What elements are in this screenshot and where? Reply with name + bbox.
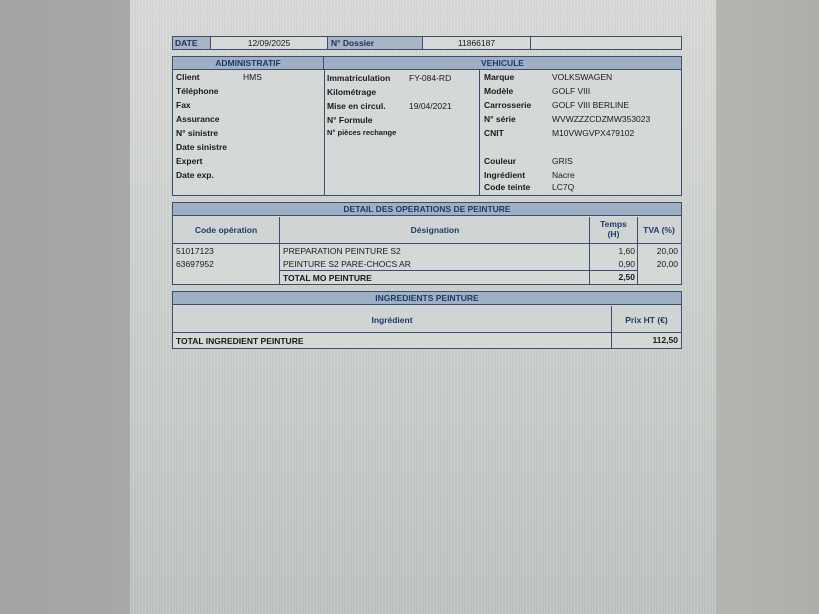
operation-temps: 1,60: [592, 246, 635, 256]
operation-designation: PREPARATION PEINTURE S2: [283, 246, 401, 256]
col-ingredient: Ingrédient: [173, 315, 611, 325]
telephone-label: Téléphone: [176, 86, 219, 96]
col-tva: TVA (%): [637, 225, 681, 235]
operation-code: 63697952: [176, 259, 214, 269]
operation-designation: PEINTURE S2 PARE-CHOCS AR: [283, 259, 411, 269]
col-temps-line2: (H): [590, 229, 637, 239]
expert-label: Expert: [176, 156, 202, 166]
marque-label: Marque: [484, 72, 514, 82]
couleur-value: GRIS: [552, 156, 573, 166]
vehicle-divider: [479, 70, 480, 195]
modele-label: Modèle: [484, 86, 513, 96]
client-label: Client: [176, 72, 200, 82]
date-value: 12/09/2025: [211, 37, 328, 49]
cnit-label: CNIT: [484, 128, 504, 138]
operations-total-label: TOTAL MO PEINTURE: [283, 273, 372, 283]
ingredients-header: INGREDIENTS PEINTURE: [173, 292, 681, 305]
col-temps-line1: Temps: [590, 219, 637, 229]
background-right: [716, 0, 819, 614]
client-value: HMS: [243, 72, 262, 82]
assurance-label: Assurance: [176, 114, 219, 124]
carrosserie-value: GOLF VIII BERLINE: [552, 100, 629, 110]
immatriculation-label: Immatriculation: [327, 73, 390, 83]
sinistre-number-label: N° sinistre: [176, 128, 218, 138]
operation-tva: 20,00: [640, 259, 678, 269]
date-label: DATE: [173, 37, 211, 49]
code-teinte-value: LC7Q: [552, 182, 574, 192]
mise-en-circulation-value: 19/04/2021: [409, 101, 452, 111]
kilometrage-label: Kilométrage: [327, 87, 376, 97]
ops-divider-2: [589, 217, 590, 284]
carrosserie-label: Carrosserie: [484, 100, 531, 110]
vehicule-header: VEHICULE: [324, 57, 681, 70]
col-code-operation: Code opération: [173, 225, 279, 235]
col-designation: Désignation: [280, 225, 590, 235]
background-left: [0, 0, 130, 614]
ops-divider-1: [279, 217, 280, 284]
operations-total-temps: 2,50: [592, 272, 635, 282]
code-teinte-label: Code teinte: [484, 182, 530, 192]
ops-total-line: [280, 270, 638, 271]
formule-label: N° Formule: [327, 115, 372, 125]
operation-temps: 0,90: [592, 259, 635, 269]
ingredient-label: Ingrédient: [484, 170, 525, 180]
expertise-date-label: Date exp.: [176, 170, 214, 180]
operation-code: 51017123: [176, 246, 214, 256]
marque-value: VOLKSWAGEN: [552, 72, 612, 82]
admin-divider: [324, 70, 325, 195]
immatriculation-value: FY-084-RD: [409, 73, 451, 83]
sinistre-date-label: Date sinistre: [176, 142, 227, 152]
serie-value: WVWZZZCDZMW353023: [552, 114, 650, 124]
dossier-label: N° Dossier: [328, 37, 423, 49]
serie-label: N° série: [484, 114, 516, 124]
col-prix-ht: Prix HT (€): [612, 315, 681, 325]
administratif-header: ADMINISTRATIF: [173, 57, 324, 70]
col-temps: Temps (H): [590, 219, 637, 239]
couleur-label: Couleur: [484, 156, 516, 166]
ingredient-value: Nacre: [552, 170, 575, 180]
dossier-extra: [531, 37, 681, 49]
operations-header: DETAIL DES OPERATIONS DE PEINTURE: [173, 203, 681, 216]
dossier-value: 11866187: [423, 37, 531, 49]
operation-tva: 20,00: [640, 246, 678, 256]
ingredients-total-value: 112,50: [614, 335, 678, 345]
pieces-rechange-label: N° pièces rechange: [327, 128, 396, 137]
ingredients-total-label: TOTAL INGREDIENT PEINTURE: [176, 336, 304, 346]
ops-divider-3: [637, 217, 638, 284]
ingredients-divider: [611, 306, 612, 348]
mise-en-circulation-label: Mise en circul.: [327, 101, 386, 111]
fax-label: Fax: [176, 100, 191, 110]
cnit-value: M10VWGVPX479102: [552, 128, 634, 138]
modele-value: GOLF VIII: [552, 86, 590, 96]
